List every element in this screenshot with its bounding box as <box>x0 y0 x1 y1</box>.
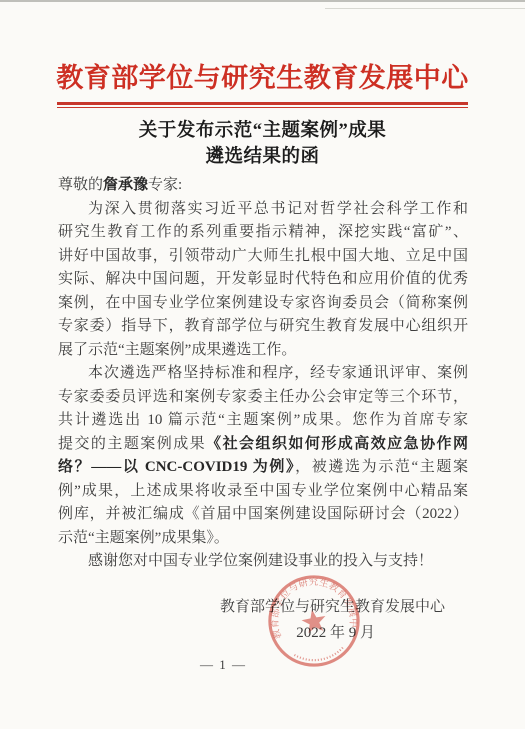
body-line: 为深入贯彻落实习近平总书记对哲学社会科学工作和 <box>58 198 468 222</box>
letterhead-rule <box>57 102 468 108</box>
body-line: 尊敬的詹承豫专家: <box>58 174 468 198</box>
letterhead-org-name: 教育部学位与研究生教育发展中心 <box>30 60 495 96</box>
seal-serial-arc <box>294 646 345 664</box>
body-text: 共计遴选出 10 篇示范“主题案例”成果。您作为首席专家 <box>58 412 468 428</box>
body-text: ，被遴选为示范“主题案 <box>295 459 468 475</box>
body-line: 提交的主题案例成果《社会组织如何形成高效应急协作网 <box>58 433 468 457</box>
body-line: 例”成果，上述成果将收录至中国专业学位案例中心精品案 <box>58 480 468 504</box>
body-text: 研究生教育工作的系列重要指示精神，深挖实践“富矿”、 <box>58 224 468 240</box>
page-number: — 1 — <box>200 657 247 673</box>
body-text-bold: 詹承豫 <box>103 177 148 193</box>
body-text: 例库，并被汇编成《首届中国案例建设国际研讨会（2022） <box>58 506 468 522</box>
scan-edge-secondary <box>325 8 525 9</box>
body-text: 示范“主题案例”成果集》。 <box>58 530 229 546</box>
body-text-bold: 《社会组织如何形成高效应急协作网 <box>206 436 468 452</box>
body-text: 案例，在中国专业学位案例建设专家咨询委员会（简称案例 <box>58 295 468 311</box>
body-text: 专家委委员评选和案例专家委主任办公会审定等三个环节， <box>58 389 468 405</box>
scan-edge-top <box>0 0 525 2</box>
scanned-letter-page: 教育部学位与研究生教育发展中心 关于发布示范“主题案例”成果 遴选结果的函 尊敬… <box>0 0 525 729</box>
signature-org: 教育部学位与研究生教育发展中心 <box>0 595 445 619</box>
document-title-line1: 关于发布示范“主题案例”成果 <box>0 119 525 145</box>
body-text: 展了示范“主题案例”成果遴选工作。 <box>58 342 296 358</box>
body-line: 例库，并被汇编成《首届中国案例建设国际研讨会（2022） <box>58 503 468 527</box>
body-line: 感谢您对中国专业学位案例建设事业的投入与支持！ <box>58 550 468 574</box>
body-text: 例”成果，上述成果将收录至中国专业学位案例中心精品案 <box>58 483 468 499</box>
body-text: 实际、解决中国问题，开发彰显时代特色和应用价值的优秀 <box>58 271 468 287</box>
body-text: 本次遴选严格坚持标准和程序，经专家通讯评审、案例 <box>88 365 468 381</box>
body-text: 尊敬的 <box>58 177 103 193</box>
seal-star-icon <box>300 607 328 634</box>
body-line: 络？——以 CNC-COVID19 为例》，被遴选为示范“主题案 <box>58 456 468 480</box>
body-line: 讲好中国故事，引领带动广大师生扎根中国大地、立足中国 <box>58 245 468 269</box>
body-line: 专家委）指导下，教育部学位与研究生教育发展中心组织开 <box>58 315 468 339</box>
body-line: 案例，在中国专业学位案例建设专家咨询委员会（简称案例 <box>58 292 468 316</box>
body-line: 示范“主题案例”成果集》。 <box>58 527 468 551</box>
body-text: 为深入贯彻落实习近平总书记对哲学社会科学工作和 <box>88 201 468 217</box>
body-paragraphs: 尊敬的詹承豫专家:为深入贯彻落实习近平总书记对哲学社会科学工作和研究生教育工作的… <box>58 174 468 574</box>
body-line: 实际、解决中国问题，开发彰显时代特色和应用价值的优秀 <box>58 268 468 292</box>
body-text: 专家: <box>148 177 182 193</box>
body-line: 本次遴选严格坚持标准和程序，经专家通讯评审、案例 <box>58 362 468 386</box>
body-text: 提交的主题案例成果 <box>58 436 206 452</box>
official-seal: 教育部学位与研究生教育发展中心 <box>257 564 371 678</box>
document-title: 关于发布示范“主题案例”成果 遴选结果的函 <box>0 119 525 170</box>
body-line: 研究生教育工作的系列重要指示精神，深挖实践“富矿”、 <box>58 221 468 245</box>
body-text: 感谢您对中国专业学位案例建设事业的投入与支持！ <box>88 553 433 569</box>
body-text: 专家委）指导下，教育部学位与研究生教育发展中心组织开 <box>58 318 468 334</box>
body-text-bold: 络？——以 CNC-COVID19 为例》 <box>58 459 295 475</box>
body-line: 共计遴选出 10 篇示范“主题案例”成果。您作为首席专家 <box>58 409 468 433</box>
body-line: 展了示范“主题案例”成果遴选工作。 <box>58 339 468 363</box>
body-text: 讲好中国故事，引领带动广大师生扎根中国大地、立足中国 <box>58 248 468 264</box>
document-title-line2: 遴选结果的函 <box>0 145 525 171</box>
body-line: 专家委委员评选和案例专家委主任办公会审定等三个环节， <box>58 386 468 410</box>
